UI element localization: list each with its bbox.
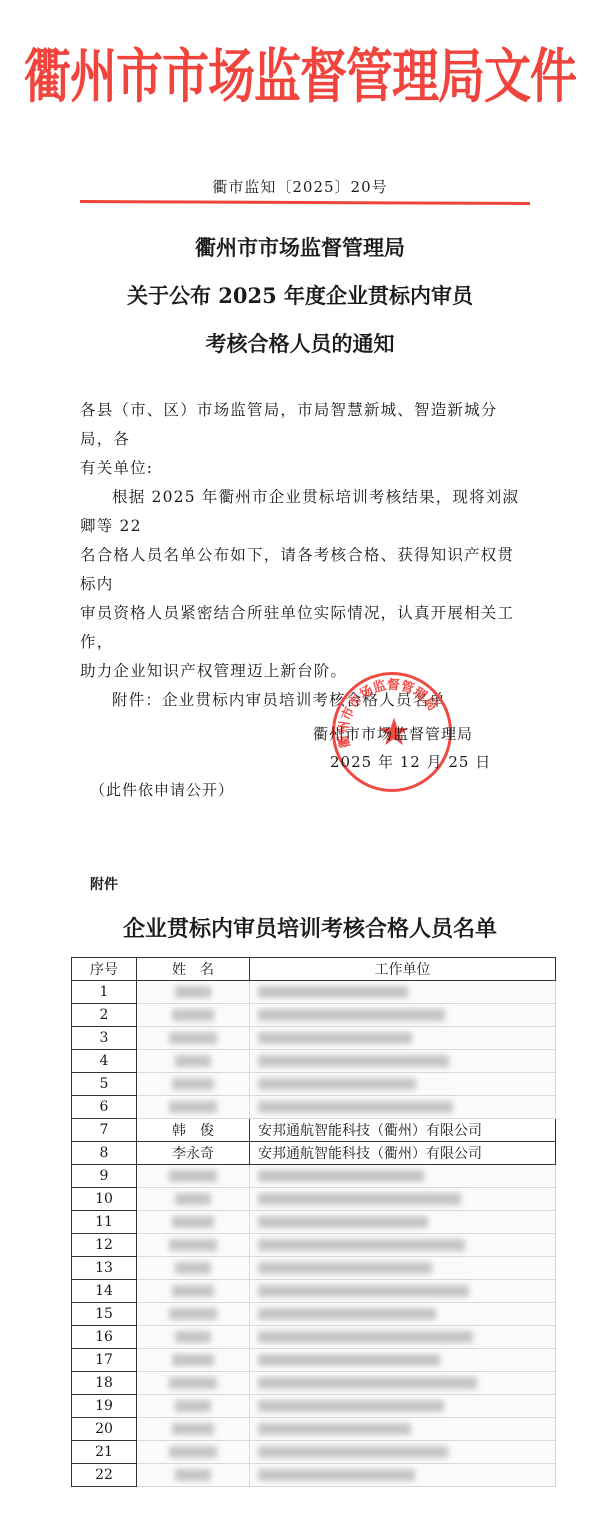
person-name bbox=[137, 1096, 250, 1119]
person-name bbox=[137, 1050, 250, 1073]
redacted-unit-placeholder bbox=[258, 1170, 424, 1182]
row-number: 21 bbox=[72, 1441, 137, 1464]
table-row: 4 bbox=[72, 1050, 556, 1073]
attachment-reference: 附件：企业贯标内审员培训考核合格人员名单 bbox=[80, 686, 530, 715]
work-unit bbox=[250, 1464, 556, 1487]
table-row: 7韩 俊安邦通航智能科技（衢州）有限公司 bbox=[72, 1119, 556, 1142]
table-body: 1234567韩 俊安邦通航智能科技（衢州）有限公司8李永奇安邦通航智能科技（衢… bbox=[72, 981, 556, 1487]
redacted-name-placeholder bbox=[175, 1193, 211, 1205]
body-paragraph-line-4: 助力企业知识产权管理迈上新台阶。 bbox=[80, 657, 530, 686]
person-name bbox=[137, 1418, 250, 1441]
work-unit bbox=[250, 1441, 556, 1464]
redacted-unit-placeholder bbox=[258, 1216, 428, 1228]
disclosure-note: （此件依申请公开） bbox=[90, 779, 234, 800]
redacted-name-placeholder bbox=[172, 1285, 214, 1297]
table-row: 15 bbox=[72, 1303, 556, 1326]
work-unit bbox=[250, 1372, 556, 1395]
redacted-unit-placeholder bbox=[258, 1400, 444, 1412]
addressee-line-2: 有关单位: bbox=[80, 454, 530, 483]
work-unit bbox=[250, 1027, 556, 1050]
work-unit bbox=[250, 1211, 556, 1234]
row-number: 9 bbox=[72, 1165, 137, 1188]
person-name bbox=[137, 1303, 250, 1326]
table-row: 16 bbox=[72, 1326, 556, 1349]
row-number: 20 bbox=[72, 1418, 137, 1441]
redacted-unit-placeholder bbox=[258, 986, 408, 998]
redacted-name-placeholder bbox=[169, 1446, 217, 1458]
redacted-name-placeholder bbox=[172, 1078, 214, 1090]
person-name bbox=[137, 1441, 250, 1464]
redacted-unit-placeholder bbox=[258, 1032, 412, 1044]
redacted-name-placeholder bbox=[175, 986, 211, 998]
document-header-title: 衢州市市场监督管理局文件 bbox=[0, 30, 600, 114]
redacted-name-placeholder bbox=[169, 1239, 217, 1251]
row-number: 16 bbox=[72, 1326, 137, 1349]
redacted-unit-placeholder bbox=[258, 1193, 461, 1205]
work-unit bbox=[250, 1280, 556, 1303]
redacted-unit-placeholder bbox=[258, 1308, 436, 1320]
work-unit bbox=[250, 1349, 556, 1372]
redacted-name-placeholder bbox=[175, 1469, 211, 1481]
table-row: 14 bbox=[72, 1280, 556, 1303]
table-row: 19 bbox=[72, 1395, 556, 1418]
redacted-unit-placeholder bbox=[258, 1377, 477, 1389]
column-header-name: 姓 名 bbox=[137, 958, 250, 981]
person-name: 韩 俊 bbox=[137, 1119, 250, 1142]
person-name bbox=[137, 1004, 250, 1027]
redacted-name-placeholder bbox=[172, 1216, 214, 1228]
redacted-name-placeholder bbox=[175, 1400, 211, 1412]
work-unit bbox=[250, 1096, 556, 1119]
row-number: 5 bbox=[72, 1073, 137, 1096]
table-row: 5 bbox=[72, 1073, 556, 1096]
person-name bbox=[137, 1257, 250, 1280]
red-divider-line bbox=[80, 200, 530, 205]
notice-title-line-1: 衢州市市场监督管理局 bbox=[0, 232, 600, 262]
person-name bbox=[137, 1349, 250, 1372]
redacted-name-placeholder bbox=[169, 1032, 217, 1044]
work-unit bbox=[250, 1188, 556, 1211]
signature-date: 2025 年 12 月 25 日 bbox=[330, 751, 491, 772]
person-name bbox=[137, 1372, 250, 1395]
table-row: 17 bbox=[72, 1349, 556, 1372]
work-unit bbox=[250, 1395, 556, 1418]
person-name bbox=[137, 1464, 250, 1487]
person-name bbox=[137, 1211, 250, 1234]
qualified-personnel-table: 序号 姓 名 工作单位 1234567韩 俊安邦通航智能科技（衢州）有限公司8李… bbox=[71, 957, 556, 1487]
person-name bbox=[137, 981, 250, 1004]
table-row: 6 bbox=[72, 1096, 556, 1119]
row-number: 19 bbox=[72, 1395, 137, 1418]
table-row: 13 bbox=[72, 1257, 556, 1280]
redacted-name-placeholder bbox=[175, 1055, 211, 1067]
table-row: 8李永奇安邦通航智能科技（衢州）有限公司 bbox=[72, 1142, 556, 1165]
document-number: 衢市监知〔2025〕20号 bbox=[0, 176, 600, 197]
redacted-name-placeholder bbox=[175, 1331, 211, 1343]
row-number: 3 bbox=[72, 1027, 137, 1050]
row-number: 22 bbox=[72, 1464, 137, 1487]
redacted-unit-placeholder bbox=[258, 1239, 465, 1251]
row-number: 11 bbox=[72, 1211, 137, 1234]
person-name bbox=[137, 1280, 250, 1303]
work-unit bbox=[250, 1303, 556, 1326]
redacted-unit-placeholder bbox=[258, 1078, 416, 1090]
redacted-unit-placeholder bbox=[258, 1446, 448, 1458]
table-row: 12 bbox=[72, 1234, 556, 1257]
redacted-name-placeholder bbox=[172, 1009, 214, 1021]
table-row: 18 bbox=[72, 1372, 556, 1395]
redacted-name-placeholder bbox=[169, 1377, 217, 1389]
work-unit bbox=[250, 1165, 556, 1188]
row-number: 13 bbox=[72, 1257, 137, 1280]
work-unit bbox=[250, 1050, 556, 1073]
redacted-unit-placeholder bbox=[258, 1009, 445, 1021]
person-name bbox=[137, 1073, 250, 1096]
table-header-row: 序号 姓 名 工作单位 bbox=[72, 958, 556, 981]
body-paragraph-line-3: 审员资格人员紧密结合所驻单位实际情况，认真开展相关工作， bbox=[80, 599, 530, 657]
table-row: 2 bbox=[72, 1004, 556, 1027]
work-unit bbox=[250, 1004, 556, 1027]
redacted-unit-placeholder bbox=[258, 1423, 411, 1435]
table-row: 21 bbox=[72, 1441, 556, 1464]
redacted-unit-placeholder bbox=[258, 1285, 469, 1297]
notice-body: 各县（市、区）市场监管局，市局智慧新城、智造新城分局，各 有关单位: 根据 20… bbox=[80, 396, 530, 715]
person-name bbox=[137, 1326, 250, 1349]
person-name bbox=[137, 1188, 250, 1211]
redacted-name-placeholder bbox=[175, 1262, 211, 1274]
person-name bbox=[137, 1234, 250, 1257]
person-name bbox=[137, 1165, 250, 1188]
row-number: 12 bbox=[72, 1234, 137, 1257]
redacted-unit-placeholder bbox=[258, 1262, 432, 1274]
table-row: 22 bbox=[72, 1464, 556, 1487]
row-number: 10 bbox=[72, 1188, 137, 1211]
body-paragraph-line-2: 名合格人员名单公布如下，请各考核合格、获得知识产权贯标内 bbox=[80, 541, 530, 599]
table-row: 3 bbox=[72, 1027, 556, 1050]
redacted-name-placeholder bbox=[172, 1354, 214, 1366]
redacted-unit-placeholder bbox=[258, 1354, 440, 1366]
row-number: 6 bbox=[72, 1096, 137, 1119]
work-unit: 安邦通航智能科技（衢州）有限公司 bbox=[250, 1119, 556, 1142]
column-header-number: 序号 bbox=[72, 958, 137, 981]
row-number: 15 bbox=[72, 1303, 137, 1326]
work-unit bbox=[250, 981, 556, 1004]
person-name bbox=[137, 1027, 250, 1050]
redacted-name-placeholder bbox=[169, 1308, 217, 1320]
column-header-unit: 工作单位 bbox=[250, 958, 556, 981]
table-row: 1 bbox=[72, 981, 556, 1004]
redacted-unit-placeholder bbox=[258, 1055, 449, 1067]
redacted-unit-placeholder bbox=[258, 1101, 453, 1113]
redacted-name-placeholder bbox=[169, 1170, 217, 1182]
table-row: 11 bbox=[72, 1211, 556, 1234]
notice-title-line-3: 考核合格人员的通知 bbox=[0, 328, 600, 358]
row-number: 4 bbox=[72, 1050, 137, 1073]
redacted-name-placeholder bbox=[172, 1423, 214, 1435]
person-name: 李永奇 bbox=[137, 1142, 250, 1165]
work-unit bbox=[250, 1326, 556, 1349]
redacted-name-placeholder bbox=[169, 1101, 217, 1113]
work-unit bbox=[250, 1073, 556, 1096]
row-number: 18 bbox=[72, 1372, 137, 1395]
redacted-unit-placeholder bbox=[258, 1469, 415, 1481]
table-row: 20 bbox=[72, 1418, 556, 1441]
notice-title-line-2: 关于公布 2025 年度企业贯标内审员 bbox=[0, 280, 600, 310]
attachment-title: 企业贯标内审员培训考核合格人员名单 bbox=[0, 912, 600, 943]
signature-org: 衢州市市场监督管理局 bbox=[313, 723, 473, 744]
row-number: 17 bbox=[72, 1349, 137, 1372]
work-unit bbox=[250, 1257, 556, 1280]
row-number: 2 bbox=[72, 1004, 137, 1027]
row-number: 7 bbox=[72, 1119, 137, 1142]
table-row: 10 bbox=[72, 1188, 556, 1211]
row-number: 8 bbox=[72, 1142, 137, 1165]
person-name bbox=[137, 1395, 250, 1418]
work-unit: 安邦通航智能科技（衢州）有限公司 bbox=[250, 1142, 556, 1165]
row-number: 1 bbox=[72, 981, 137, 1004]
work-unit bbox=[250, 1234, 556, 1257]
row-number: 14 bbox=[72, 1280, 137, 1303]
body-paragraph-line-1: 根据 2025 年衢州市企业贯标培训考核结果，现将刘淑卿等 22 bbox=[80, 483, 530, 541]
work-unit bbox=[250, 1418, 556, 1441]
attachment-label: 附件 bbox=[90, 874, 118, 894]
redacted-unit-placeholder bbox=[258, 1331, 473, 1343]
addressee-line-1: 各县（市、区）市场监管局，市局智慧新城、智造新城分局，各 bbox=[80, 396, 530, 454]
table-row: 9 bbox=[72, 1165, 556, 1188]
